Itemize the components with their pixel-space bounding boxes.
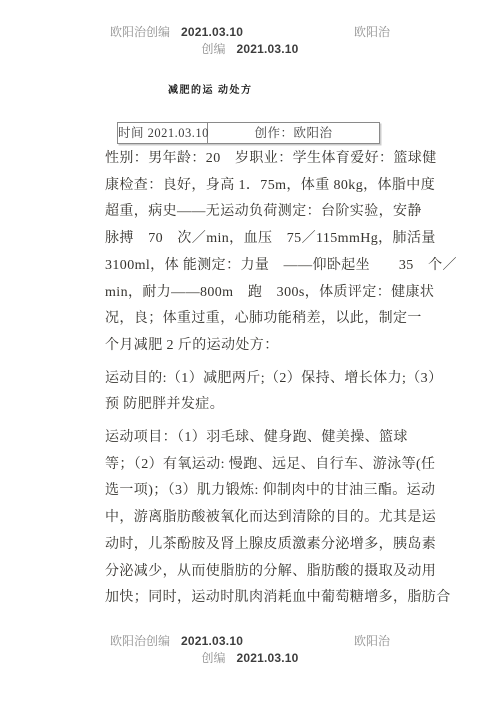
page-header-line1: 欧阳治创编2021.03.10 欧阳治 [0,24,500,40]
body-line: 脉搏 70 次／min，血压 75／115mmHg，肺活量 [105,226,405,253]
footer-date: 2021.03.10 [181,634,243,648]
document-title: 减肥的运 动处方 [168,81,253,96]
header-author: 欧阳治 [354,24,390,40]
paragraph-profile: 性别：男年龄：20 岁职业：学生体育爱好：篮球健 康检查：良好，身高 1．75m… [105,146,405,360]
body-line: 中，游离脂肪酸被氧化而达到清除的目的。尤其是运 [105,505,405,532]
body-line: 动时，儿茶酚胺及肾上腺皮质激素分泌增多，胰岛素 [105,532,405,559]
body-line: 况，良；体重过重，心肺功能稍差，以此，制定一 [105,306,405,333]
body-line: 康检查：良好，身高 1．75m，体重 80kg，体脂中度 [105,173,405,200]
body-line: 预 防肥胖并发症。 [105,392,405,419]
footer-author: 欧阳治 [354,633,390,649]
footer-left-group: 欧阳治创编2021.03.10 [110,633,243,649]
document-page: 欧阳治创编2021.03.10 欧阳治 创编2021.03.10 减肥的运 动处… [0,0,500,707]
body-line: 选一项)；（3）肌力锻炼: 仰制肉中的甘油三酯。运动 [105,478,405,505]
page-header-line2: 创编2021.03.10 [0,41,500,57]
body-line: 分泌减少，从而使脂肪的分解、脂肪酸的摄取及动用 [105,559,405,586]
page-footer-line1: 欧阳治创编2021.03.10 欧阳治 [0,633,500,649]
body-line: 等；（2）有氧运动: 慢跑、远足、自行车、游泳等(任 [105,452,405,479]
header-editor-label: 创编 [201,42,225,56]
header-date-2: 2021.03.10 [236,42,298,56]
paragraph-exercise-items: 运动项目：（1）羽毛球、健身跑、健美操、篮球 等；（2）有氧运动: 慢跑、远足、… [105,425,405,612]
header-author-editor: 欧阳治创编 [110,25,170,39]
table-cell-creator: 创作：欧阳治 [208,123,379,143]
document-body: 性别：男年龄：20 岁职业：学生体育爱好：篮球健 康检查：良好，身高 1．75m… [105,146,405,618]
footer-date-2: 2021.03.10 [236,651,298,665]
body-line: 个月减肥 2 斤的运动处方： [105,333,405,360]
body-line: 加快；同时，运动时肌肉消耗血中葡萄糖增多，脂肪合 [105,585,405,612]
paragraph-goals: 运动目的:（1）减肥两斤;（2）保持、增长体力;（3） 预 防肥胖并发症。 [105,366,405,419]
page-footer-line2: 创编2021.03.10 [0,650,500,666]
info-table: 时间 2021.03.10 创作：欧阳治 [117,122,380,144]
body-line: 超重，病史——无运动负荷测定：台阶实验，安静 [105,199,405,226]
header-center-group: 创编2021.03.10 [0,41,500,57]
body-line: 运动项目：（1）羽毛球、健身跑、健美操、篮球 [105,425,405,452]
header-left-group: 欧阳治创编2021.03.10 [110,24,243,40]
body-line: 运动目的:（1）减肥两斤;（2）保持、增长体力;（3） [105,366,405,393]
table-cell-time: 时间 2021.03.10 [118,123,208,143]
footer-author-editor: 欧阳治创编 [110,634,170,648]
footer-editor-label: 创编 [201,651,225,665]
footer-center-group: 创编2021.03.10 [0,650,500,666]
body-line: min，耐力——800m 跑 300s，体质评定：健康状 [105,280,405,307]
header-date: 2021.03.10 [181,25,243,39]
body-line: 3100ml，体 能测定：力量 ——仰卧起坐 35 个／ [105,253,405,280]
body-line: 性别：男年龄：20 岁职业：学生体育爱好：篮球健 [105,146,405,173]
